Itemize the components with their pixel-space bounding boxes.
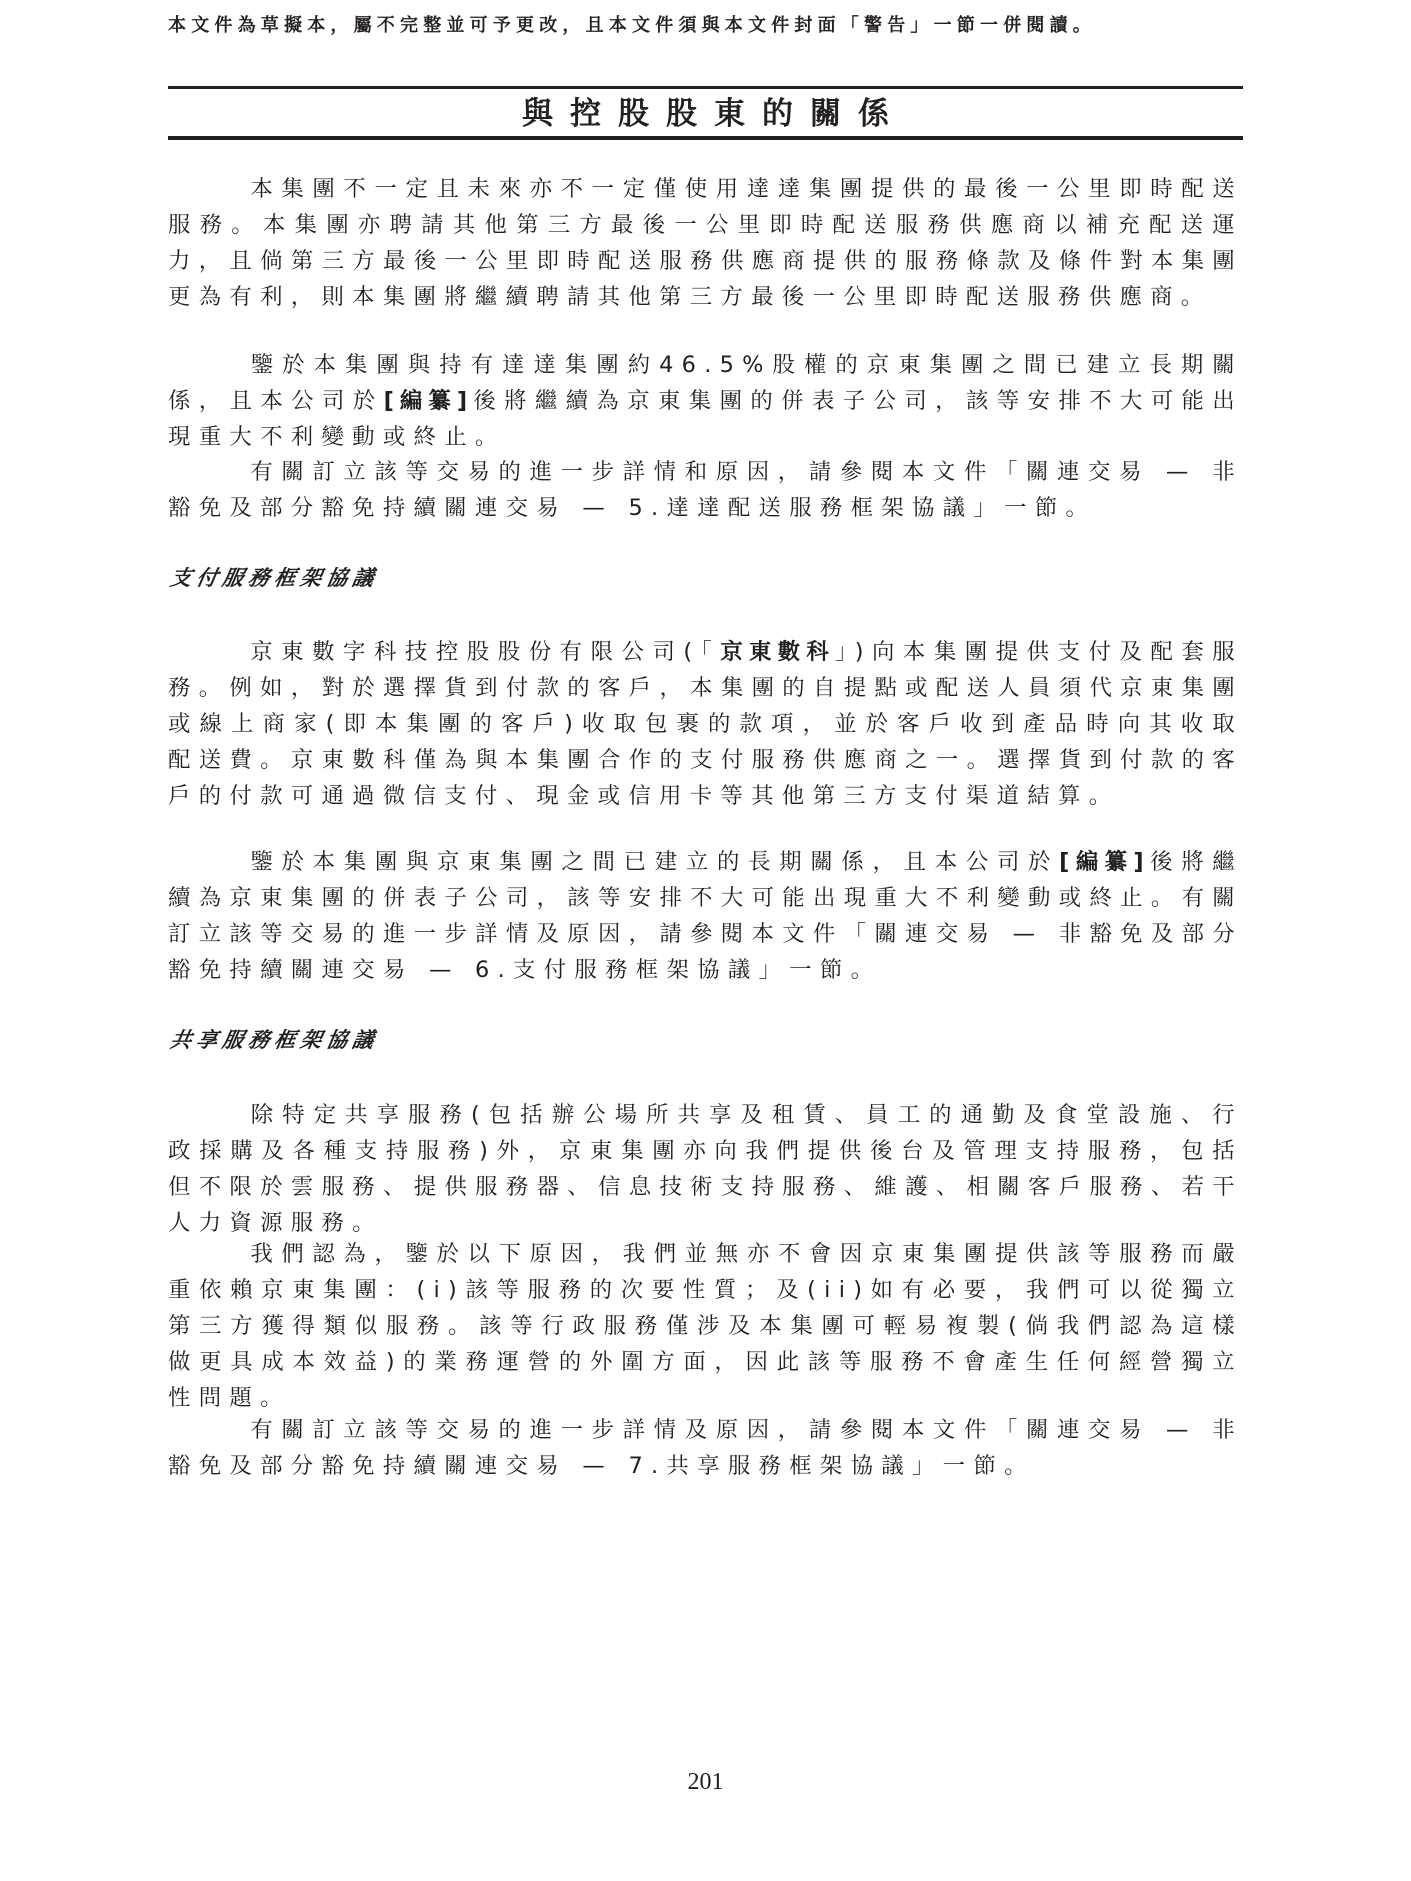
section-heading-shared-services: 共享服務框架協議 (168, 1026, 381, 1054)
paragraph-text: 除特定共享服務(包括辦公場所共享及租賃、員工的通勤及食堂設施、行政採購及各種支持… (168, 1102, 1243, 1236)
paragraph-text: 有關訂立該等交易的進一步詳情和原因，請參閱本文件「關連交易 — 非豁免及部分豁免… (168, 459, 1243, 521)
paragraph-long-term-relationship-dada: 鑒於本集團與持有達達集團約46.5%股權的京東集團之間已建立長期關係，且本公司於… (168, 347, 1243, 455)
paragraph-text: 有關訂立該等交易的進一步詳情及原因，請參閱本文件「關連交易 — 非豁免及部分豁免… (168, 1417, 1243, 1479)
redacted-marker: [編纂] (1059, 849, 1150, 875)
page-number: 201 (168, 1768, 1243, 1796)
page-title: 與控股股東的關係 (168, 93, 1243, 135)
paragraph-reference-shared-framework: 有關訂立該等交易的進一步詳情及原因，請參閱本文件「關連交易 — 非豁免及部分豁免… (168, 1412, 1243, 1484)
draft-warning-banner: 本文件為草擬本，屬不完整並可予更改，且本文件須與本文件封面「警告」一節一併閱讀。 (168, 13, 1243, 39)
paragraph-no-reliance: 我們認為，鑒於以下原因，我們並無亦不會因京東集團提供該等服務而嚴重依賴京東集團：… (168, 1236, 1243, 1416)
paragraph-last-mile-delivery: 本集團不一定且未來亦不一定僅使用達達集團提供的最後一公里即時配送服務。本集團亦聘… (168, 171, 1243, 315)
paragraph-reference-dada-framework: 有關訂立該等交易的進一步詳情和原因，請參閱本文件「關連交易 — 非豁免及部分豁免… (168, 454, 1243, 526)
redacted-marker: [編纂] (384, 388, 474, 414)
title-top-rule (168, 86, 1243, 89)
paragraph-text: 我們認為，鑒於以下原因，我們並無亦不會因京東集團提供該等服務而嚴重依賴京東集團：… (168, 1241, 1243, 1411)
defined-term: 京東數科 (720, 639, 835, 665)
paragraph-payment-relationship: 鑒於本集團與京東集團之間已建立的長期關係，且本公司於[編纂]後將繼續為京東集團的… (168, 844, 1243, 988)
paragraph-text: 鑒於本集團與京東集團之間已建立的長期關係，且本公司於 (250, 849, 1059, 875)
title-bottom-rule (168, 136, 1243, 140)
section-heading-payment-services: 支付服務框架協議 (168, 564, 381, 592)
paragraph-shared-services: 除特定共享服務(包括辦公場所共享及租賃、員工的通勤及食堂設施、行政採購及各種支持… (168, 1097, 1243, 1241)
document-page: 本文件為草擬本，屬不完整並可予更改，且本文件須與本文件封面「警告」一節一併閱讀。… (168, 0, 1243, 1881)
paragraph-jd-digits-payment: 京東數字科技控股股份有限公司(「京東數科」)向本集團提供支付及配套服務。例如，對… (168, 634, 1243, 814)
paragraph-text: 京東數字科技控股股份有限公司(「 (250, 639, 720, 665)
paragraph-text: 本集團不一定且未來亦不一定僅使用達達集團提供的最後一公里即時配送服務。本集團亦聘… (168, 176, 1243, 310)
